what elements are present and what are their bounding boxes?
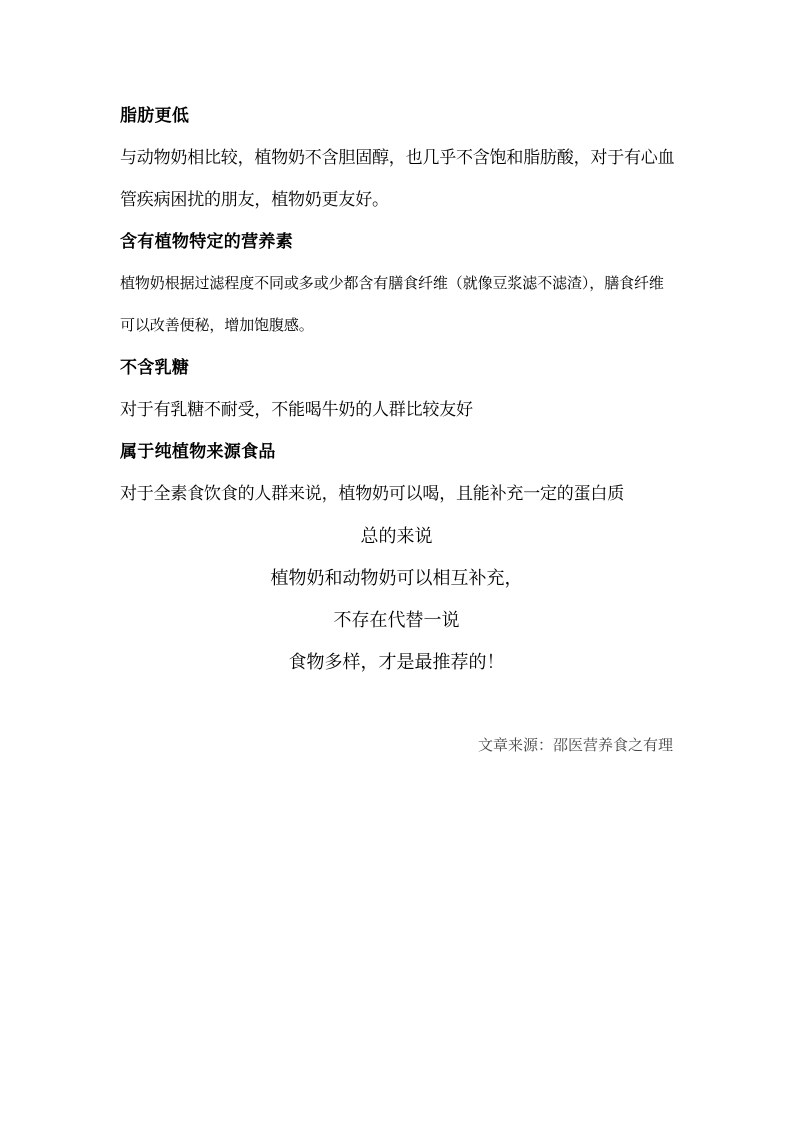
closing-line: 总的来说 xyxy=(120,515,673,557)
closing-line: 不存在代替一说 xyxy=(120,599,673,641)
blank-line xyxy=(120,683,673,725)
paragraph-line: 管疾病困扰的朋友，植物奶更友好。 xyxy=(120,179,673,221)
paragraph-line: 对于有乳糖不耐受，不能喝牛奶的人群比较友好 xyxy=(120,389,673,431)
closing-line: 食物多样，才是最推荐的！ xyxy=(120,641,673,683)
closing-line: 植物奶和动物奶可以相互补充， xyxy=(120,557,673,599)
source-attribution: 文章来源：邵医营养食之有理 xyxy=(120,725,673,767)
paragraph-line: 对于全素食饮食的人群来说，植物奶可以喝，且能补充一定的蛋白质 xyxy=(120,473,673,515)
section-heading-plant-nutrients: 含有植物特定的营养素 xyxy=(120,221,673,263)
paragraph-line: 与动物奶相比较，植物奶不含胆固醇，也几乎不含饱和脂肪酸，对于有心血 xyxy=(120,137,673,179)
section-heading-lower-fat: 脂肪更低 xyxy=(120,95,673,137)
article-page: 脂肪更低 与动物奶相比较，植物奶不含胆固醇，也几乎不含饱和脂肪酸，对于有心血 管… xyxy=(120,95,673,767)
section-heading-plant-source: 属于纯植物来源食品 xyxy=(120,431,673,473)
paragraph-line: 可以改善便秘，增加饱腹感。 xyxy=(120,305,673,347)
paragraph-line: 植物奶根据过滤程度不同或多或少都含有膳食纤维（就像豆浆滤不滤渣），膳食纤维 xyxy=(120,263,673,305)
section-heading-lactose-free: 不含乳糖 xyxy=(120,347,673,389)
